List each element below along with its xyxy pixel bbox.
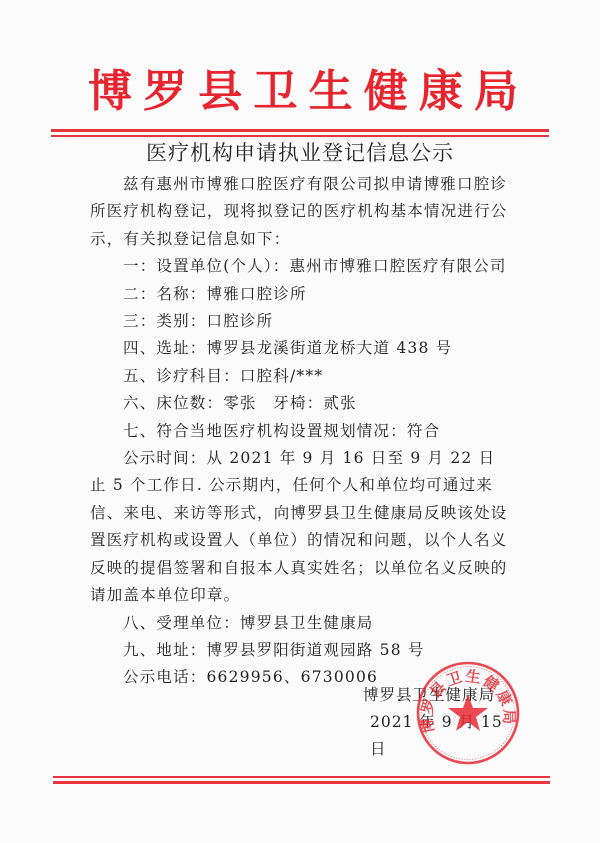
info-item-planning: 七、符合当地医疗机构设置规划情况：符合	[90, 418, 510, 445]
info-item-departments: 五、诊疗科目：口腔科/***	[90, 363, 510, 390]
info-item-unit: 一：设置单位(个人）：惠州市博雅口腔医疗有限公司	[90, 253, 510, 280]
agency-title-char: 县	[198, 66, 242, 118]
agency-title-char: 卫	[253, 66, 297, 118]
document-body: 兹有惠州市博雅口腔医疗有限公司拟申请博雅口腔诊所医疗机构登记，现将拟登记的医疗机…	[90, 171, 510, 692]
info-item-location: 四、选址：博罗县龙溪街道龙桥大道 438 号	[90, 335, 510, 362]
issuer-name: 博罗县卫生健康局	[363, 682, 503, 709]
info-item-name: 二：名称：博雅口腔诊所	[90, 281, 510, 308]
info-item-category: 三：类别：口腔诊所	[90, 308, 510, 335]
footer-divider-thin	[53, 776, 550, 778]
agency-title-char: 健	[364, 66, 408, 118]
issue-date: 2021 年 9 月 15 日	[363, 709, 503, 763]
info-item-address: 九、地址：博罗县罗阳街道观园路 58 号	[90, 637, 510, 664]
header-divider-thin	[51, 135, 549, 137]
info-item-acceptor: 八、受理单位：博罗县卫生健康局	[90, 610, 510, 637]
document-heading: 医疗机构申请执业登记信息公示	[0, 139, 600, 167]
info-item-beds: 六、床位数：零张 牙椅：贰张	[90, 390, 510, 417]
agency-title-char: 博	[88, 66, 132, 118]
agency-title-char: 局	[474, 66, 518, 118]
intro-paragraph: 兹有惠州市博雅口腔医疗有限公司拟申请博雅口腔诊所医疗机构登记，现将拟登记的医疗机…	[90, 171, 510, 253]
agency-title-char: 罗	[143, 66, 187, 118]
agency-title: 博 罗 县 卫 生 健 康 局	[88, 66, 518, 118]
footer-divider-thick	[53, 781, 550, 784]
agency-title-char: 生	[309, 66, 353, 118]
agency-title-char: 康	[419, 66, 463, 118]
signature-block: 博罗县卫生健康局 2021 年 9 月 15 日	[363, 682, 503, 763]
notice-period-paragraph: 公示时间：从 2021 年 9 月 16 日至 9 月 22 日止 5 个工作日…	[90, 445, 510, 609]
header-divider-thick	[51, 129, 549, 132]
